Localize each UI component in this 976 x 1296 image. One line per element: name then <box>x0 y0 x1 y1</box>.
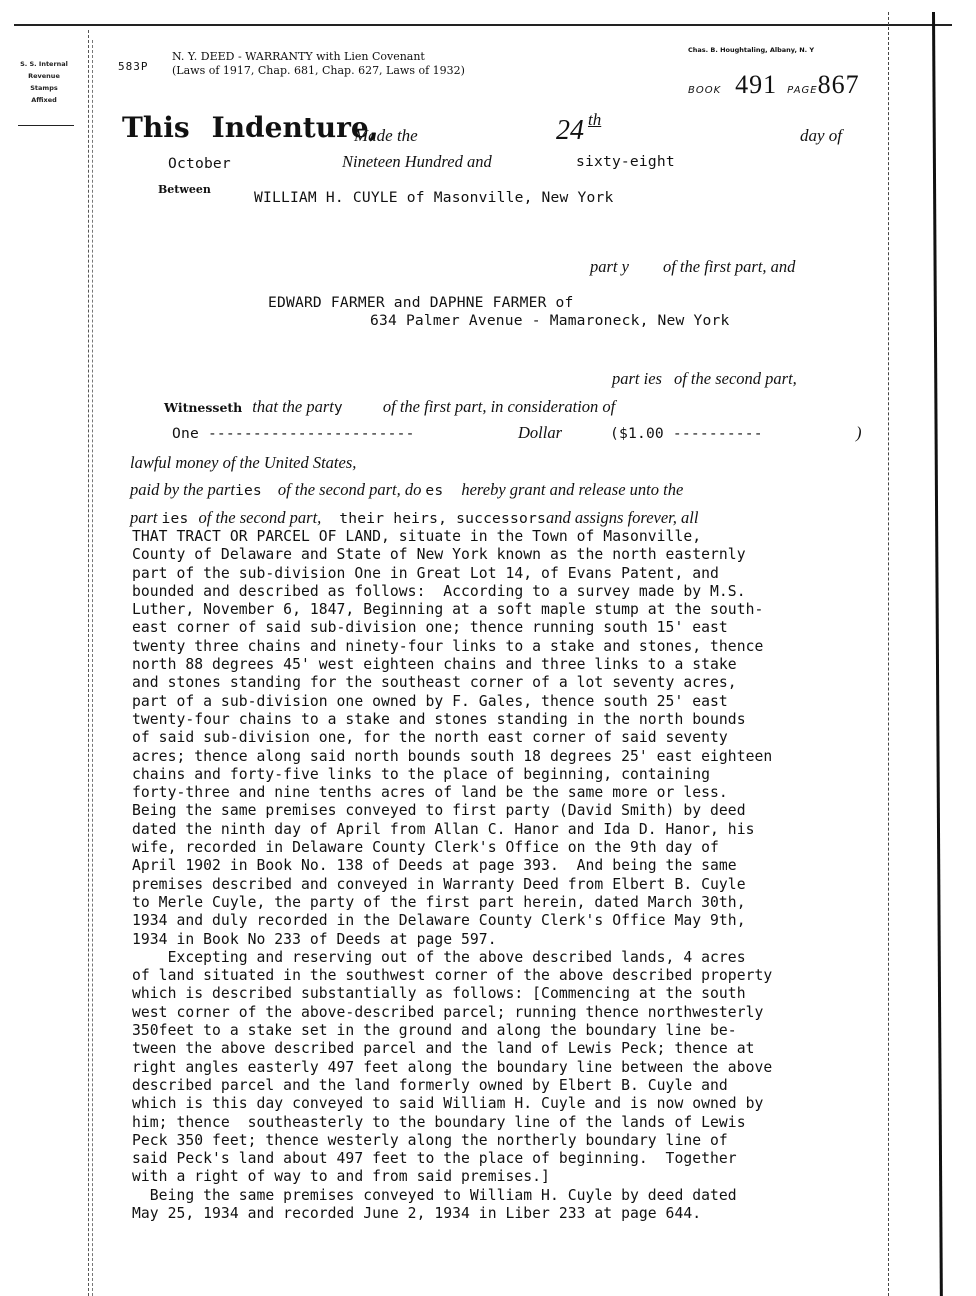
day-suffix: th <box>588 110 601 129</box>
description-line: dated the ninth day of April from Allan … <box>132 821 932 839</box>
amount-words: One ----------------------- <box>172 425 415 442</box>
lawful-money-label: lawful money of the United States, <box>130 453 356 473</box>
left-margin-dashed-rule-inner <box>92 40 93 1296</box>
description-line: 350feet to a stake set in the ground and… <box>132 1022 932 1040</box>
first-part-and-label: of the first part, and <box>663 257 795 276</box>
description-line: said Peck's land about 497 feet to the p… <box>132 1150 932 1168</box>
parties-label: part ies <box>612 369 662 388</box>
form-header: N. Y. DEED - WARRANTY with Lien Covenant… <box>172 50 465 78</box>
party-suffix: y <box>334 399 343 416</box>
description-line: described parcel and the land formerly o… <box>132 1077 932 1095</box>
description-line: north 88 degrees 45' west eighteen chain… <box>132 656 932 674</box>
description-line: Excepting and reserving out of the above… <box>132 949 932 967</box>
form-laws: (Laws of 1917, Chap. 681, Chap. 627, Law… <box>172 64 465 78</box>
description-line: bounded and described as follows: Accord… <box>132 583 932 601</box>
description-line: County of Delaware and State of New York… <box>132 546 932 564</box>
paid-by-label: paid by the part <box>130 480 235 499</box>
form-title: N. Y. DEED - WARRANTY with Lien Covenant <box>172 50 465 64</box>
top-rule <box>14 24 952 26</box>
assigns-forever: and assigns forever, all <box>546 508 698 527</box>
description-line: to Merle Cuyle, the party of the first p… <box>132 894 932 912</box>
description-line: forty-three and nine tenths acres of lan… <box>132 784 932 802</box>
legal-description: THAT TRACT OR PARCEL OF LAND, situate in… <box>132 528 932 1223</box>
amount-numeric: ($1.00 ---------- <box>610 425 763 442</box>
consideration-label: of the first part, in consideration of <box>383 397 615 416</box>
second-part-line: part ies of the second part, <box>612 369 797 389</box>
description-line: part of the sub-division One in Great Lo… <box>132 565 932 583</box>
dollar-label: Dollar <box>518 423 562 443</box>
first-part-line: part y of the first part, and <box>590 257 795 277</box>
description-line: part of a sub-division one owned by F. G… <box>132 693 932 711</box>
paid-by-suffix: ies <box>235 482 262 499</box>
description-line: twenty three chains and ninety-four link… <box>132 638 932 656</box>
parties-suffix: ies <box>162 510 189 527</box>
do-suffix: es <box>425 482 443 499</box>
hereby-grant-label: hereby grant and release unto the <box>461 480 683 499</box>
second-part-do-label: of the second part, do <box>278 480 421 499</box>
description-line: right angles easterly 497 feet along the… <box>132 1059 932 1077</box>
stamp-line: Affixed <box>14 94 74 106</box>
stamp-line: Revenue Stamps <box>14 70 74 94</box>
description-line: of said sub-division one, for the north … <box>132 729 932 747</box>
witnesseth-label: Witnesseth <box>164 400 242 415</box>
printer-imprint: Chas. B. Houghtaling, Albany, N. Y <box>688 46 814 54</box>
description-line: 1934 in Book No 233 of Deeds at page 597… <box>132 931 932 949</box>
book-number: 491 <box>735 70 777 99</box>
description-line: Being the same premises conveyed to Will… <box>132 1187 932 1205</box>
description-line: April 1902 in Book No. 138 of Deeds at p… <box>132 857 932 875</box>
second-party-address: 634 Palmer Avenue - Mamaroneck, New York <box>370 312 729 329</box>
description-line: east corner of said sub-division one; th… <box>132 619 932 637</box>
description-line: him; thence southeasterly to the boundar… <box>132 1114 932 1132</box>
description-line: and stones standing for the southeast co… <box>132 674 932 692</box>
habendum-second-part: of the second part, <box>198 508 321 527</box>
description-line: west corner of the above-described parce… <box>132 1004 932 1022</box>
parties-prefix: part <box>130 508 158 527</box>
heirs-successors: their heirs, successors <box>321 510 546 527</box>
year-field: sixty-eight <box>576 153 675 170</box>
description-line: premises described and conveyed in Warra… <box>132 876 932 894</box>
handwritten-day: 24th <box>556 110 601 147</box>
second-part-label: of the second part, <box>674 369 797 388</box>
description-line: which is described substantially as foll… <box>132 985 932 1003</box>
page-label: PAGE <box>787 85 817 96</box>
that-the-party-label: that the part <box>252 397 334 416</box>
description-line: twenty-four chains to a stake and stones… <box>132 711 932 729</box>
revenue-stamp-note: S. S. Internal Revenue Stamps Affixed <box>14 58 74 106</box>
left-margin-dashed-rule <box>88 30 89 1296</box>
between-label: Between <box>158 183 211 196</box>
description-line: acres; thence along said north bounds so… <box>132 748 932 766</box>
day-number: 24 <box>556 115 584 146</box>
second-party-name: EDWARD FARMER and DAPHNE FARMER of <box>268 294 574 311</box>
day-of-label: day of <box>800 126 842 146</box>
description-line: which is this day conveyed to said Willi… <box>132 1095 932 1113</box>
paid-by-line: paid by the parties of the second part, … <box>130 480 683 500</box>
form-number: 583P <box>118 60 149 73</box>
title-word-this: This <box>122 111 190 144</box>
witnesseth-line: Witnesseth that the party of the first p… <box>164 397 615 417</box>
description-line: with a right of way to and from said pre… <box>132 1168 932 1186</box>
nineteen-hundred-label: Nineteen Hundred and <box>342 152 492 172</box>
made-the-label: Made the <box>354 126 418 146</box>
habendum-line: part ies of the second part, their heirs… <box>130 508 698 528</box>
right-border-rule <box>932 12 943 1296</box>
document-title: ThisIndenture, <box>122 111 378 144</box>
description-line: tween the above described parcel and the… <box>132 1040 932 1058</box>
description-line: 1934 and duly recorded in the Delaware C… <box>132 912 932 930</box>
stamp-area-separator <box>18 125 74 126</box>
description-line: chains and forty-five links to the place… <box>132 766 932 784</box>
description-line: Peck 350 feet; thence westerly along the… <box>132 1132 932 1150</box>
description-line: Luther, November 6, 1847, Beginning at a… <box>132 601 932 619</box>
description-line: THAT TRACT OR PARCEL OF LAND, situate in… <box>132 528 932 546</box>
stamp-line: S. S. Internal <box>14 58 74 70</box>
description-line: of land situated in the southwest corner… <box>132 967 932 985</box>
description-line: wife, recorded in Delaware County Clerk'… <box>132 839 932 857</box>
description-line: May 25, 1934 and recorded June 2, 1934 i… <box>132 1205 932 1223</box>
page-number: 867 <box>818 70 860 99</box>
month-field: October <box>168 155 231 172</box>
close-paren: ) <box>856 423 862 443</box>
book-label: BOOK <box>688 85 721 96</box>
description-line: Being the same premises conveyed to firs… <box>132 802 932 820</box>
party-label: part y <box>590 257 629 276</box>
book-page-reference: BOOK 491 PAGE867 <box>688 70 860 100</box>
first-party-name: WILLIAM H. CUYLE of Masonville, New York <box>254 189 613 206</box>
